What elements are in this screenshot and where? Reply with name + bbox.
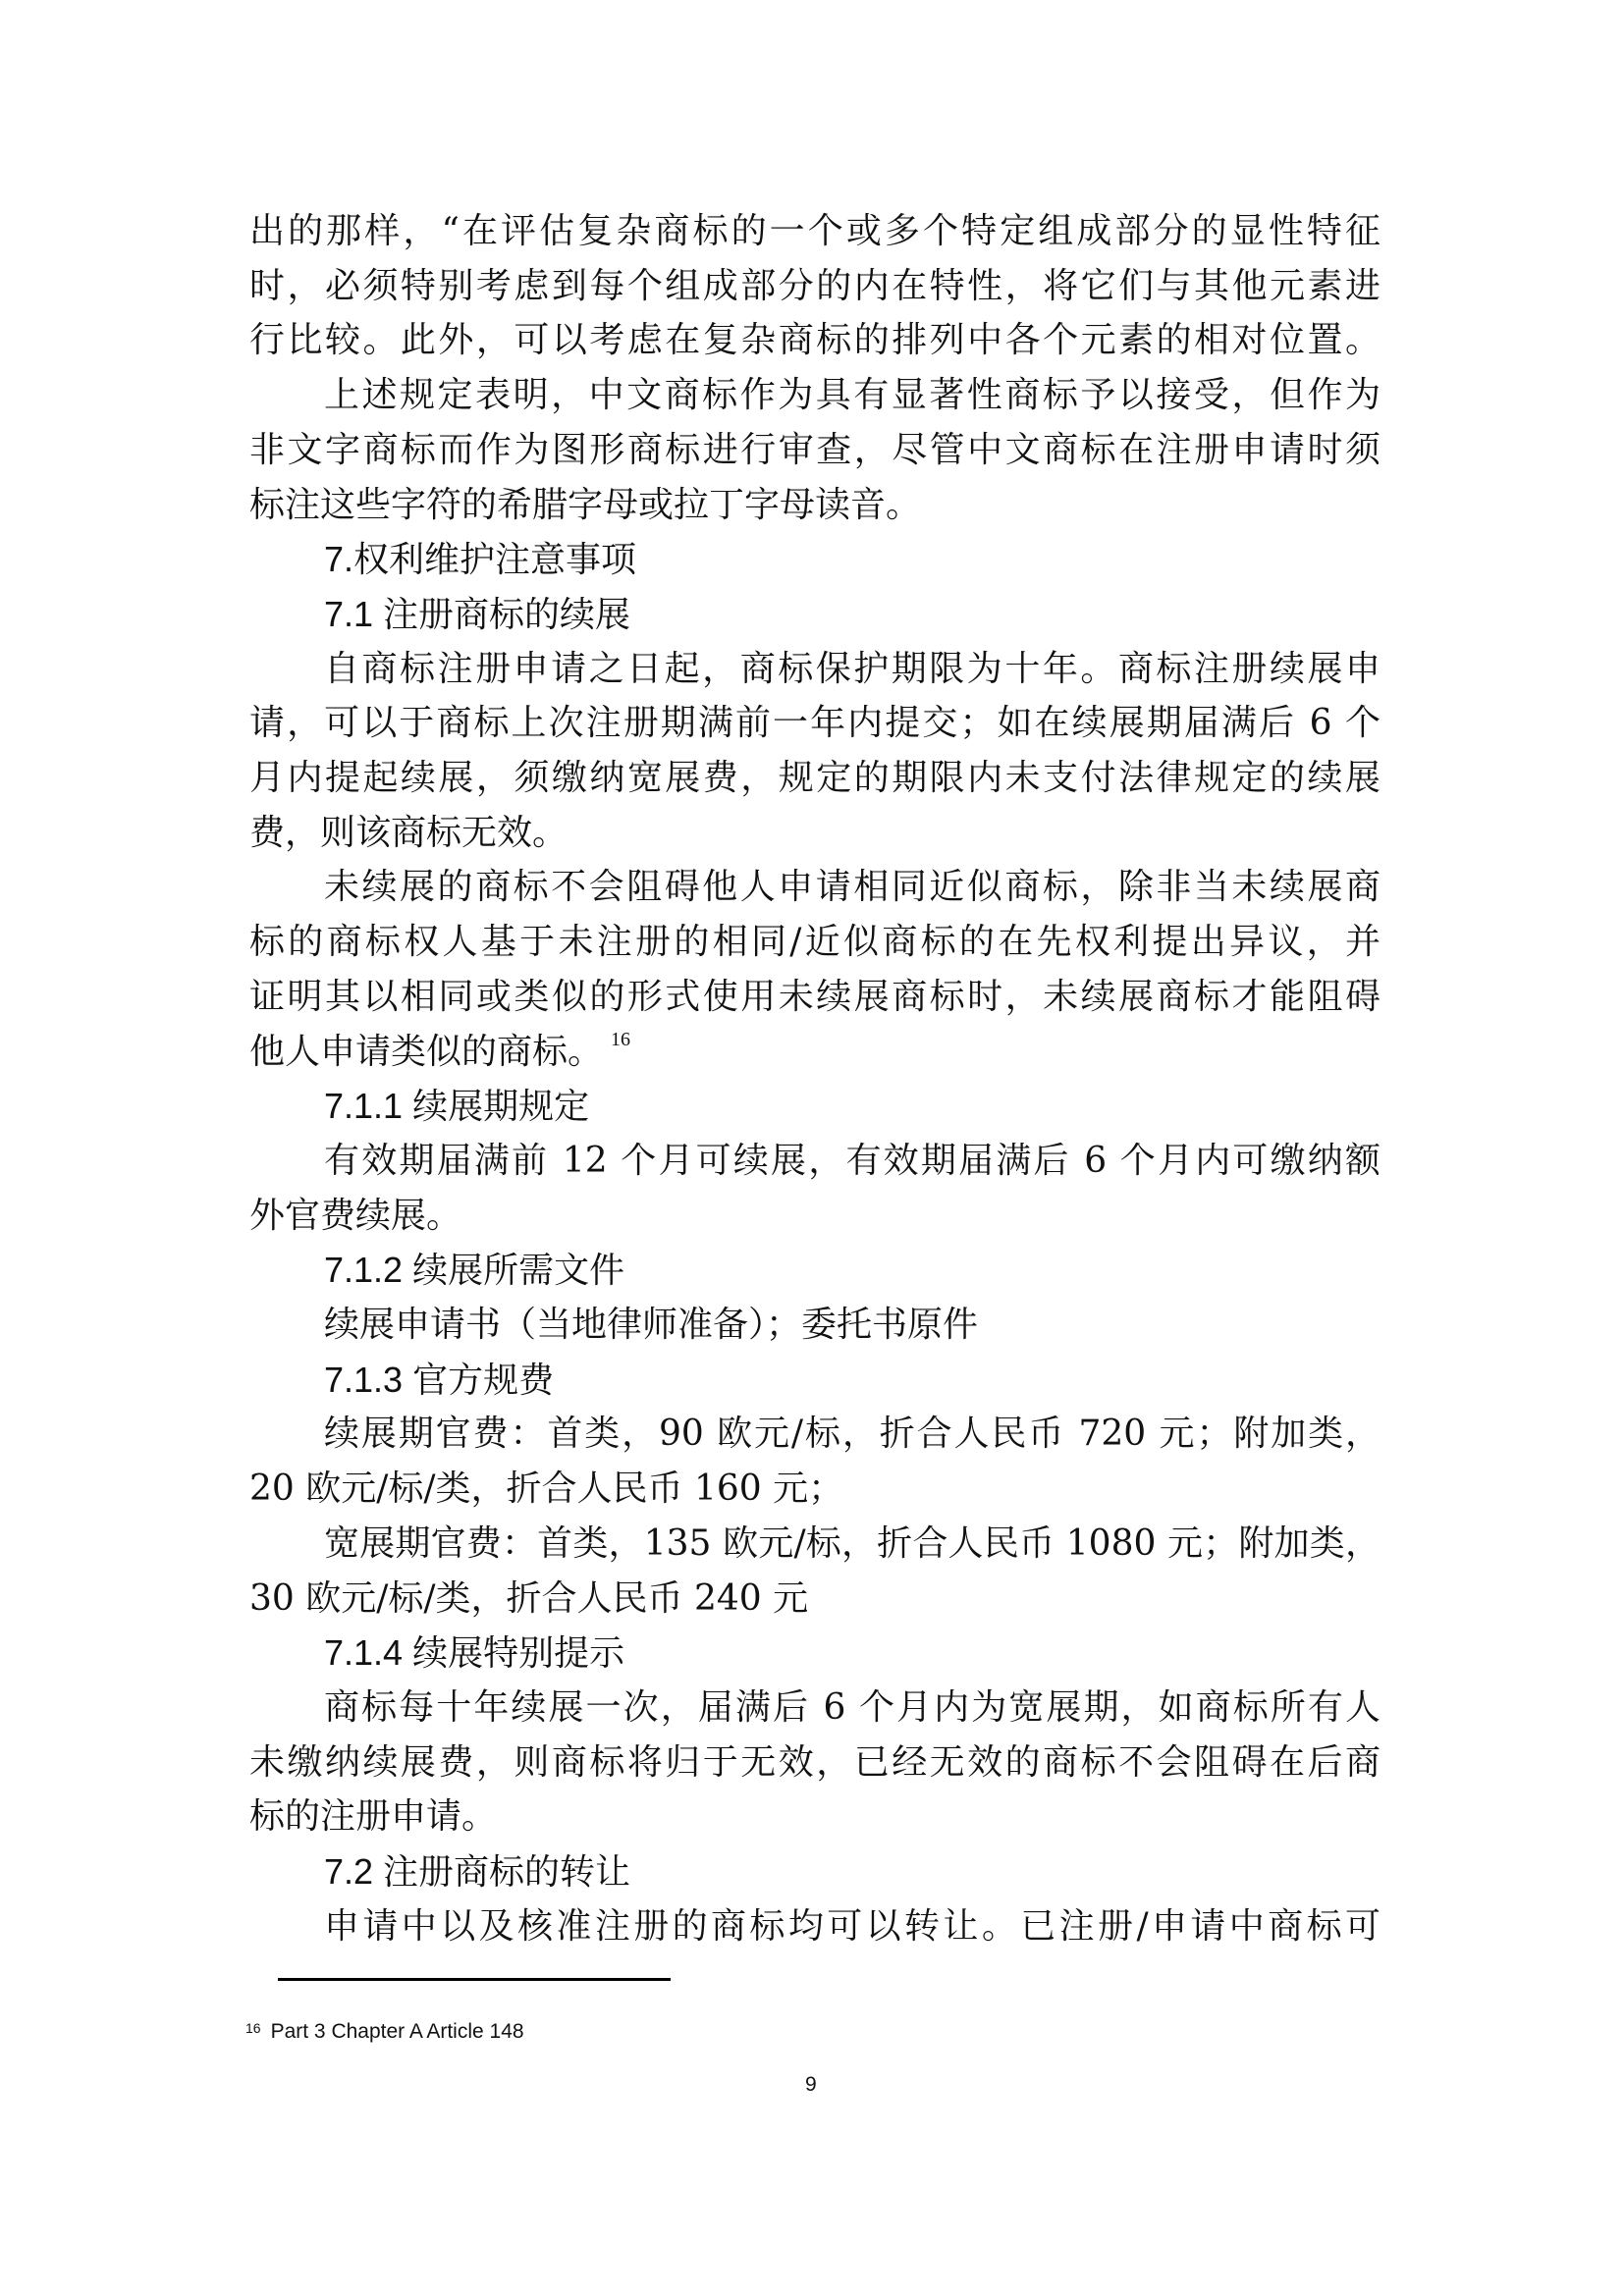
page-number: 9 (805, 2073, 817, 2097)
line-text: 7.1.4 续展特别提示 (324, 1632, 624, 1673)
footnote-reference[interactable]: 16 (611, 1029, 630, 1050)
line-text: 未续展的商标不会阻碍他人申请相同近似商标，除非当未续展商 (324, 867, 1380, 907)
line-text: 7.1.3 官方规费 (324, 1360, 554, 1400)
line-text: 出的那样，“在评估复杂商标的一个或多个特定组成部分的显性特征 (249, 211, 1380, 251)
document-page: 出的那样，“在评估复杂商标的一个或多个特定组成部分的显性特征时，必须特别考虑到每… (0, 0, 1624, 2296)
paragraph-line: 标的注册申请。 (249, 1789, 1380, 1844)
line-text: 7.1.1 续展期规定 (324, 1086, 589, 1126)
paragraph-line: 商标每十年续展一次，届满后 6 个月内为宽展期，如商标所有人 (324, 1681, 1380, 1735)
line-text: 7.1.2 续展所需文件 (324, 1250, 624, 1290)
paragraph-line: 非文字商标而作为图形商标进行审查，尽管中文商标在注册申请时须 (249, 423, 1380, 478)
paragraph-line: 续展期官费：首类，90 欧元/标，折合人民币 720 元；附加类， (324, 1407, 1380, 1462)
paragraph-line: 自商标注册申请之日起，商标保护期限为十年。商标注册续展申 (324, 642, 1380, 697)
paragraph-line: 20 欧元/标/类，折合人民币 160 元； (249, 1462, 1380, 1517)
line-text: 申请中以及核准注册的商标均可以转让。已注册/申请中商标可 (324, 1906, 1380, 1947)
paragraph-line: 有效期届满前 12 个月可续展，有效期届满后 6 个月内可缴纳额 (324, 1134, 1380, 1189)
line-text: 30 欧元/标/类，折合人民币 240 元 (249, 1578, 808, 1619)
footnote-text: Part 3 Chapter A Article 148 (271, 2020, 524, 2043)
paragraph-line: 标注这些字符的希腊字母或拉丁字母读音。 (249, 478, 1380, 533)
line-text: 费，则该商标无效。 (249, 813, 568, 853)
section-heading: 7.1.4 续展特别提示 (324, 1626, 1380, 1681)
line-text: 7.2 注册商标的转让 (324, 1851, 630, 1892)
paragraph-line: 申请中以及核准注册的商标均可以转让。已注册/申请中商标可 (324, 1899, 1380, 1954)
line-text: 7.权利维护注意事项 (324, 539, 636, 579)
line-text: 自商标注册申请之日起，商标保护期限为十年。商标注册续展申 (324, 649, 1380, 689)
paragraph-line: 请，可以于商标上次注册期满前一年内提交；如在续展期届满后 6 个 (249, 696, 1380, 751)
line-text: 上述规定表明，中文商标作为具有显著性商标予以接受，但作为 (324, 375, 1380, 415)
section-heading: 7.1.1 续展期规定 (324, 1079, 1380, 1134)
section-heading: 7.1 注册商标的续展 (324, 587, 1380, 642)
line-text: 续展期官费：首类，90 欧元/标，折合人民币 720 元；附加类， (324, 1414, 1380, 1454)
paragraph-line: 证明其以相同或类似的形式使用未续展商标时，未续展商标才能阻碍 (249, 970, 1380, 1025)
line-text: 非文字商标而作为图形商标进行审查，尽管中文商标在注册申请时须 (249, 430, 1380, 470)
line-text: 标的商标权人基于未注册的相同/近似商标的在先权利提出异议，并 (249, 922, 1380, 962)
line-text: 20 欧元/标/类，折合人民币 160 元； (249, 1468, 843, 1509)
line-text: 标注这些字符的希腊字母或拉丁字母读音。 (249, 485, 921, 525)
line-text: 月内提起续展，须缴纳宽展费，规定的期限内未支付法律规定的续展 (249, 758, 1380, 798)
line-text: 未缴纳续展费，则商标将归于无效，已经无效的商标不会阻碍在后商 (249, 1742, 1380, 1783)
line-text: 有效期届满前 12 个月可续展，有效期届满后 6 个月内可缴纳额 (324, 1141, 1380, 1181)
paragraph-line: 外官费续展。 (249, 1189, 1380, 1244)
line-text: 商标每十年续展一次，届满后 6 个月内为宽展期，如商标所有人 (324, 1687, 1380, 1728)
line-text: 宽展期官费：首类，135 欧元/标，折合人民币 1080 元；附加类， (324, 1523, 1380, 1564)
paragraph-line: 未续展的商标不会阻碍他人申请相同近似商标，除非当未续展商 (324, 860, 1380, 915)
section-heading: 7.1.3 官方规费 (324, 1353, 1380, 1408)
paragraph-line: 未缴纳续展费，则商标将归于无效，已经无效的商标不会阻碍在后商 (249, 1735, 1380, 1790)
paragraph-line: 续展申请书（当地律师准备）；委托书原件 (324, 1298, 1380, 1353)
line-text: 行比较。此外，可以考虑在复杂商标的排列中各个元素的相对位置。 (249, 320, 1380, 360)
line-text: 标的注册申请。 (249, 1796, 497, 1837)
line-text: 外官费续展。 (249, 1196, 461, 1236)
section-heading: 7.权利维护注意事项 (324, 532, 1380, 587)
section-heading: 7.1.2 续展所需文件 (324, 1243, 1380, 1298)
paragraph-line: 宽展期官费：首类，135 欧元/标，折合人民币 1080 元；附加类， (324, 1517, 1380, 1572)
paragraph-line: 月内提起续展，须缴纳宽展费，规定的期限内未支付法律规定的续展 (249, 751, 1380, 806)
paragraph-line: 时，必须特别考虑到每个组成部分的内在特性，将它们与其他元素进 (249, 259, 1380, 314)
paragraph-line: 上述规定表明，中文商标作为具有显著性商标予以接受，但作为 (324, 368, 1380, 423)
section-heading: 7.2 注册商标的转让 (324, 1844, 1380, 1899)
footnote-mark: 16 (245, 2020, 261, 2036)
line-text: 证明其以相同或类似的形式使用未续展商标时，未续展商标才能阻碍 (249, 977, 1380, 1017)
paragraph-line: 标的商标权人基于未注册的相同/近似商标的在先权利提出异议，并 (249, 915, 1380, 970)
footnote-separator (278, 1978, 671, 1981)
paragraph-line: 他人申请类似的商标。16 (249, 1025, 1380, 1080)
line-text: 他人申请类似的商标。 (249, 1032, 603, 1072)
line-text: 续展申请书（当地律师准备）；委托书原件 (324, 1305, 978, 1345)
paragraph-line: 费，则该商标无效。 (249, 806, 1380, 861)
line-text: 7.1 注册商标的续展 (324, 594, 630, 634)
line-text: 请，可以于商标上次注册期满前一年内提交；如在续展期届满后 6 个 (249, 703, 1380, 743)
footnote: 16Part 3 Chapter A Article 148 (245, 2020, 524, 2044)
paragraph-line: 行比较。此外，可以考虑在复杂商标的排列中各个元素的相对位置。 (249, 313, 1380, 368)
paragraph-line: 出的那样，“在评估复杂商标的一个或多个特定组成部分的显性特征 (249, 204, 1380, 259)
line-text: 时，必须特别考虑到每个组成部分的内在特性，将它们与其他元素进 (249, 266, 1380, 306)
paragraph-line: 30 欧元/标/类，折合人民币 240 元 (249, 1572, 1380, 1627)
